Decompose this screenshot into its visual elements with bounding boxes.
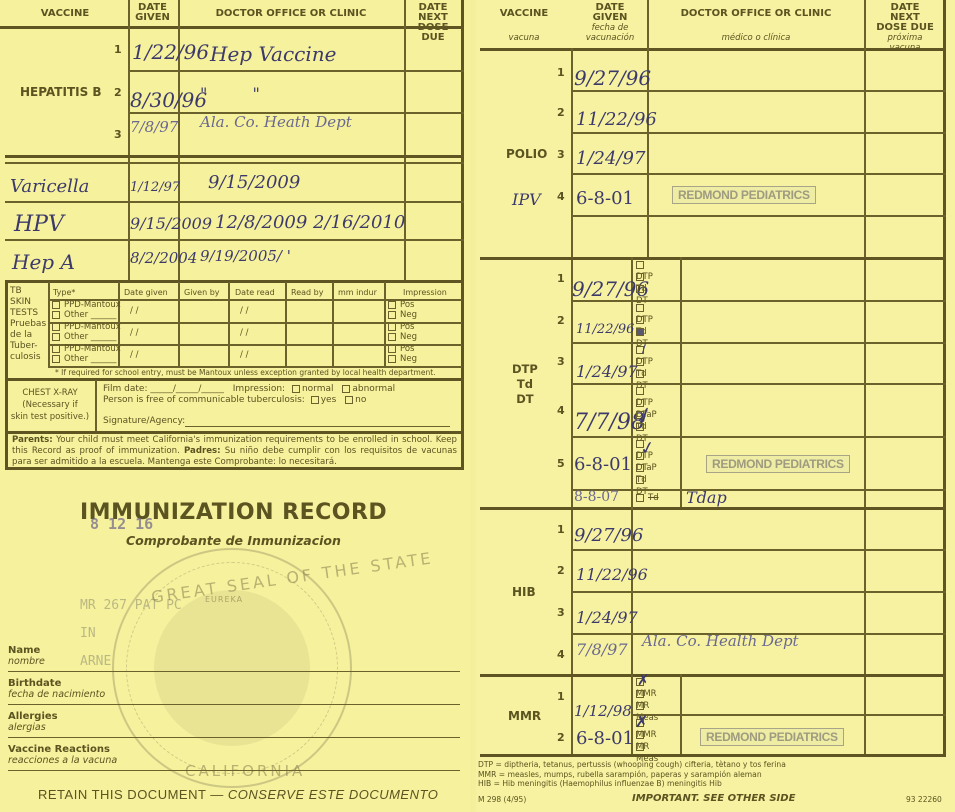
hepb-dose-3-clinic[interactable]: Ala. Co. Heath Dept	[200, 113, 352, 131]
hib-dose-4-num: 4	[557, 648, 565, 661]
hepb-dose-2-date[interactable]: 8/30/96	[130, 88, 207, 112]
option-label: Other ______	[64, 354, 116, 364]
hepb-dose-2-clinic[interactable]: " "	[200, 84, 260, 103]
polio-dose-4-clinic-stamp: REDMOND PEDIATRICS	[672, 186, 816, 204]
free-of-tb-label: Person is free of communicable tuberculo…	[103, 395, 305, 405]
dtp-extra-option-td[interactable]: Td	[636, 492, 659, 504]
seal-motto: EUREKA	[205, 595, 243, 604]
retain-es: CONSERVE ESTE DOCUMENTO	[228, 787, 438, 802]
tb-date-given[interactable]: / /	[130, 305, 138, 317]
header-date-given: DATE GIVEN fecha de vacunación	[572, 3, 648, 43]
dtp-label: DTP Td DT	[512, 362, 538, 407]
polio-dose-1-num: 1	[557, 66, 565, 79]
header-vaccine: VACCINE vacuna	[480, 9, 568, 43]
checkbox[interactable]	[388, 333, 396, 341]
checkbox[interactable]	[52, 311, 60, 319]
field-sub: nombre	[8, 656, 460, 667]
film-date-row: Film date: _____/_____/_____ Impression:…	[103, 384, 395, 394]
tb-col-read-by: Read by	[291, 288, 323, 298]
tb-date-given[interactable]: / /	[130, 327, 138, 339]
checkbox[interactable]	[636, 731, 644, 739]
hepa-clinic[interactable]: 9/19/2005/ '	[200, 247, 291, 265]
dtp-dose-3-date[interactable]: 1/24/97	[576, 362, 638, 381]
dtp-dose-5-clinic-stamp: REDMOND PEDIATRICS	[706, 455, 850, 473]
hib-dose-4-date[interactable]: 7/8/97	[576, 640, 628, 659]
x-mark-icon: ✗	[635, 712, 648, 731]
tb-label-line: Tuber-	[10, 341, 46, 352]
tb-col-date-read: Date read	[235, 288, 275, 298]
normal-checkbox[interactable]	[292, 385, 300, 393]
mmr-label: MMR	[508, 709, 541, 723]
mmr-dose-2-num: 2	[557, 731, 565, 744]
mmr-dose-2-clinic-stamp: REDMOND PEDIATRICS	[700, 728, 844, 746]
hib-dose-2-num: 2	[557, 564, 565, 577]
checkbox[interactable]	[52, 323, 60, 331]
tb-row-3: PPD-Mantoux Other ______ / / / / Pos Neg	[50, 344, 462, 366]
hib-dose-1-date[interactable]: 9/27/96	[574, 525, 643, 546]
hpv-date[interactable]: 9/15/2009	[130, 214, 212, 233]
tb-date-read[interactable]: / /	[240, 327, 248, 339]
tb-imp-neg[interactable]: Neg	[388, 309, 417, 321]
checkbox[interactable]	[388, 355, 396, 363]
dtp-extra-clinic[interactable]: Tdap	[686, 488, 727, 507]
tb-label-line: Pruebas	[10, 319, 46, 330]
polio-dose-4-num: 4	[557, 190, 565, 203]
header-doctor-office: DOCTOR OFFICE OR CLINIC	[180, 9, 402, 19]
checkbox[interactable]	[388, 311, 396, 319]
padres-label: Padres:	[184, 446, 221, 456]
header-doctor-office-en: DOCTOR OFFICE OR CLINIC	[648, 9, 864, 19]
checkbox[interactable]	[636, 464, 644, 472]
x-mark-icon: ✗	[637, 671, 650, 689]
checkbox[interactable]	[636, 702, 644, 710]
form-code: 93 22260	[906, 795, 942, 805]
mmr-dose-1-date[interactable]: 1/12/98	[574, 702, 632, 720]
checkbox[interactable]	[636, 261, 644, 269]
hepb-dose-1-num: 1	[114, 43, 122, 56]
hpv-clinic[interactable]: 12/8/2009 2/16/2010	[215, 212, 405, 233]
impression-label: Impression:	[233, 384, 285, 394]
polio-dose-2-date[interactable]: 11/22/96	[576, 109, 657, 130]
form-number: M 298 (4/95)	[478, 795, 526, 805]
tb-label-line: de la	[10, 330, 46, 341]
date-stamp-overlay: 8 12 16	[90, 515, 153, 533]
cover-subtitle: Comprobante de Inmunizacion	[126, 533, 341, 548]
checkbox[interactable]	[636, 358, 644, 366]
dtp-dose-5-num: 5	[557, 457, 565, 470]
varicella-date[interactable]: 1/12/97	[130, 180, 180, 195]
dtp-label-line: DT	[512, 392, 538, 407]
dtp-dose-1-num: 1	[557, 272, 565, 285]
option-label: Td	[648, 493, 659, 503]
checkmark-icon: /	[642, 341, 646, 355]
tb-type-other[interactable]: Other ______	[52, 353, 116, 365]
yes-checkbox[interactable]	[311, 396, 319, 404]
tb-col-type: Type*	[53, 288, 75, 298]
checkbox[interactable]	[636, 743, 644, 751]
dtp-label-line: Td	[512, 377, 538, 392]
hib-label: HIB	[512, 585, 536, 599]
varicella-vaccine[interactable]: Varicella	[10, 176, 89, 197]
checkbox[interactable]	[636, 690, 644, 698]
hepb-dose-3-date[interactable]: 7/8/97	[130, 118, 178, 136]
checkbox[interactable]	[636, 370, 644, 378]
tb-date-read[interactable]: / /	[240, 305, 248, 317]
chest-xray-line: skin test positive.)	[8, 411, 92, 423]
hepa-date[interactable]: 8/2/2004	[130, 249, 197, 267]
varicella-clinic[interactable]: 9/15/2009	[208, 172, 300, 193]
hib-dose-2-date[interactable]: 11/22/96	[576, 565, 648, 584]
hepb-dose-1-clinic[interactable]: Hep Vaccine	[210, 42, 336, 66]
no-checkbox[interactable]	[345, 396, 353, 404]
tb-label-line: SKIN	[10, 297, 46, 308]
signature-line[interactable]	[185, 426, 450, 427]
field-label: Allergies	[8, 711, 460, 722]
dtp-dose-5-date[interactable]: 6-8-01	[574, 454, 632, 475]
header-vaccine: VACCINE	[10, 9, 120, 19]
chest-xray-line: CHEST X-RAY	[8, 387, 92, 399]
checkbox[interactable]	[636, 285, 644, 293]
header-date-next: DATE NEXT DOSE DUE próxima vacuna	[866, 3, 944, 53]
legend-line-dtp: DTP = diptheria, tetanus, pertussis (who…	[478, 760, 786, 770]
tb-type-other[interactable]: Other ______	[52, 331, 116, 343]
header-date-given-en: DATE GIVEN	[572, 3, 648, 23]
header-doctor-office: DOCTOR OFFICE OR CLINIC médico o clínica	[648, 9, 864, 43]
dtp-extra-date[interactable]: 8-8-07	[574, 489, 619, 505]
tb-col-impression: Impression	[403, 288, 447, 298]
checkbox[interactable]	[52, 333, 60, 341]
tb-label-line: TESTS	[10, 308, 46, 319]
important-notice: IMPORTANT. SEE OTHER SIDE	[632, 793, 795, 804]
legend-line-hib: HIB = Hib meningitis (Haemophilus influe…	[478, 779, 786, 789]
checkmark-icon: ✓	[638, 437, 657, 460]
mmr-dose-1-num: 1	[557, 690, 565, 703]
dtp-label-line: DTP	[512, 362, 538, 377]
signature-label: Signature/Agency:	[103, 416, 185, 426]
header-vaccine-en: VACCINE	[480, 9, 568, 19]
tb-col-given-by: Given by	[184, 288, 220, 298]
option-label: Neg	[400, 332, 417, 342]
polio-dose-2-num: 2	[557, 106, 565, 119]
header-date-next: DATE NEXT DOSE DUE	[405, 3, 461, 43]
hib-dose-4-clinic[interactable]: Ala. Co. Health Dept	[642, 632, 799, 650]
checkbox[interactable]	[636, 387, 644, 395]
chest-xray-label: CHEST X-RAY (Necessary if skin test posi…	[8, 387, 92, 423]
dtp-dose-2-num: 2	[557, 314, 565, 327]
polio-dose-1-date[interactable]: 9/27/96	[574, 66, 651, 90]
option-label: Other ______	[64, 310, 116, 320]
retain-document: RETAIN THIS DOCUMENT — CONSERVE ESTE DOC…	[38, 787, 438, 802]
tb-footnote: * If required for school entry, must be …	[55, 368, 436, 378]
film-date-field[interactable]: Film date: _____/_____/_____	[103, 384, 224, 394]
tb-date-given[interactable]: / /	[130, 349, 138, 361]
tb-row-1: PPD-Mantoux Other ______ / / / / Pos Neg	[50, 300, 462, 322]
option-label: Neg	[400, 310, 417, 320]
abbreviation-legend: DTP = diptheria, tetanus, pertussis (who…	[478, 760, 786, 789]
faint-stamp-line: MR 267 PAT PC	[80, 592, 182, 620]
tb-col-mm-indur: mm indur	[338, 288, 377, 298]
parents-label: Parents:	[12, 435, 53, 445]
abnormal-label: abnormal	[352, 384, 395, 394]
tb-col-date-given: Date given	[124, 288, 168, 298]
normal-label: normal	[302, 384, 334, 394]
right-panel: VACCINE vacuna DATE GIVEN fecha de vacun…	[476, 0, 955, 812]
checkbox[interactable]	[388, 323, 396, 331]
field-sub: fecha de nacimiento	[8, 689, 460, 700]
field-label: Birthdate	[8, 678, 460, 689]
header-date-given: DATE GIVEN	[130, 3, 175, 23]
hpv-vaccine[interactable]: HPV	[14, 212, 64, 237]
checkbox[interactable]	[636, 476, 644, 484]
hepb-dose-1-date[interactable]: 1/22/96	[132, 40, 209, 64]
hib-dose-3-num: 3	[557, 606, 565, 619]
polio-label: POLIO	[506, 147, 547, 161]
polio-dose-4-date[interactable]: 6-8-01	[576, 188, 634, 209]
field-allergies[interactable]: Allergies alergias	[8, 711, 460, 738]
yes-label: yes	[321, 395, 337, 405]
header-date-next-en: DATE NEXT DOSE DUE	[866, 3, 944, 33]
legend-line-mmr: MMR = measles, mumps, rubella sarampión,…	[478, 770, 786, 780]
checkbox[interactable]	[52, 345, 60, 353]
dtp-dose-4-num: 4	[557, 404, 565, 417]
field-sub: reacciones a la vacuna	[8, 755, 460, 766]
tb-label-line: culosis	[10, 352, 46, 363]
mmr-dose-2-date[interactable]: 6-8-01	[576, 728, 634, 749]
tb-row-2: PPD-Mantoux Other ______ / / / / Pos Neg	[50, 322, 462, 344]
field-birthdate[interactable]: Birthdate fecha de nacimiento	[8, 678, 460, 705]
polio-dose-3-num: 3	[557, 148, 565, 161]
hepatitis-b-label: HEPATITIS B	[20, 85, 102, 99]
field-sub: alergias	[8, 722, 460, 733]
polio-dose-3-date[interactable]: 1/24/97	[576, 148, 645, 169]
tb-type-other[interactable]: Other ______	[52, 309, 116, 321]
hib-dose-1-num: 1	[557, 523, 565, 536]
header-vaccine-es: vacuna	[480, 33, 568, 43]
dtp-dose-3-num: 3	[557, 355, 565, 368]
checkbox[interactable]	[52, 355, 60, 363]
checkbox[interactable]	[636, 304, 644, 312]
dtp-dose-2-date[interactable]: 11/22/96	[576, 322, 634, 337]
free-of-tb-row: Person is free of communicable tuberculo…	[103, 395, 366, 405]
abnormal-checkbox[interactable]	[342, 385, 350, 393]
retain-en: RETAIN THIS DOCUMENT —	[38, 787, 224, 802]
header-date-given-es: fecha de vacunación	[572, 23, 648, 43]
checkbox[interactable]	[636, 316, 644, 324]
field-vaccine-reactions[interactable]: Vaccine Reactions reacciones a la vacuna	[8, 744, 460, 771]
field-label: Vaccine Reactions	[8, 744, 460, 755]
hib-dose-3-date[interactable]: 1/24/97	[576, 608, 638, 627]
field-name[interactable]: Name nombre	[8, 645, 460, 672]
chest-xray-line: (Necessary if	[8, 399, 92, 411]
parents-note: Parents: Your child must meet California…	[12, 435, 457, 468]
no-label: no	[355, 395, 366, 405]
hepa-vaccine[interactable]: Hep A	[12, 250, 75, 274]
field-label: Name	[8, 645, 460, 656]
checkbox-checked[interactable]	[636, 328, 644, 336]
ipv-note: IPV	[512, 190, 541, 209]
tb-side-label: TB SKIN TESTS Pruebas de la Tuber- culos…	[10, 286, 46, 363]
faint-stamp-line: IN	[80, 620, 182, 648]
checkbox[interactable]	[636, 494, 644, 502]
hepb-dose-2-num: 2	[114, 86, 122, 99]
tb-imp-neg[interactable]: Neg	[388, 331, 417, 343]
checkbox[interactable]	[636, 273, 644, 281]
tb-date-read[interactable]: / /	[240, 349, 248, 361]
tb-label-line: TB	[10, 286, 46, 297]
option-label: Other ______	[64, 332, 116, 342]
tb-imp-neg[interactable]: Neg	[388, 353, 417, 365]
checkbox[interactable]	[52, 301, 60, 309]
hepb-dose-3-num: 3	[114, 128, 122, 141]
left-panel: VACCINE DATE GIVEN DOCTOR OFFICE OR CLIN…	[0, 0, 470, 812]
checkbox[interactable]	[388, 345, 396, 353]
option-label: Neg	[400, 354, 417, 364]
header-doctor-office-es: médico o clínica	[648, 33, 864, 43]
checkbox[interactable]	[388, 301, 396, 309]
